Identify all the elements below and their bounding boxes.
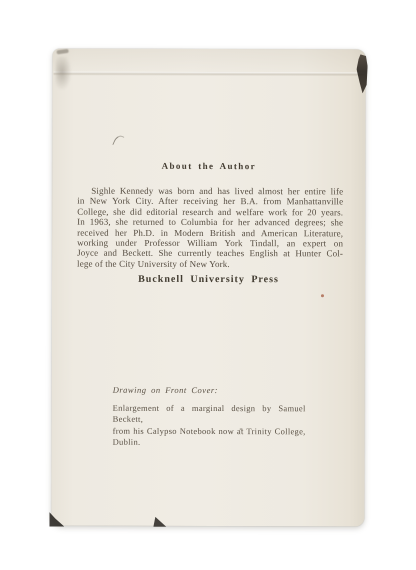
about-the-author-heading: About the Author [52,161,365,172]
book-photo: About the Author Sighle Kennedy was born… [0,0,416,570]
note-line: Enlargement of a marginal design by Samu… [113,403,306,426]
front-cover-note-label: Drawing on Front Cover: [113,385,218,395]
bio-line: lege of the City University of New York. [77,258,343,269]
publisher-name: Bucknell University Press [52,274,365,286]
front-cover-note: Enlargement of a marginal design by Samu… [113,403,306,449]
bio-line: in New York City. After receiving her B.… [77,196,343,207]
bio-line: College, she did editorial research and … [77,206,343,217]
printed-content: About the Author Sighle Kennedy was born… [51,49,365,527]
bio-line: Joyce and Beckett. She currently teaches… [77,248,343,259]
bio-line: working under Professor William York Tin… [77,238,343,249]
book-back-cover: About the Author Sighle Kennedy was born… [51,49,365,527]
bio-line: Sighle Kennedy was born and has lived al… [77,186,343,197]
author-biography: Sighle Kennedy was born and has lived al… [77,186,343,270]
note-line: Dublin. [113,437,306,449]
bio-line: In 1963, she returned to Columbia for he… [77,217,343,228]
note-line: from his Calypso Notebook now at Trinity… [113,425,306,437]
bio-line: received her Ph.D. in Modern British and… [77,227,343,238]
